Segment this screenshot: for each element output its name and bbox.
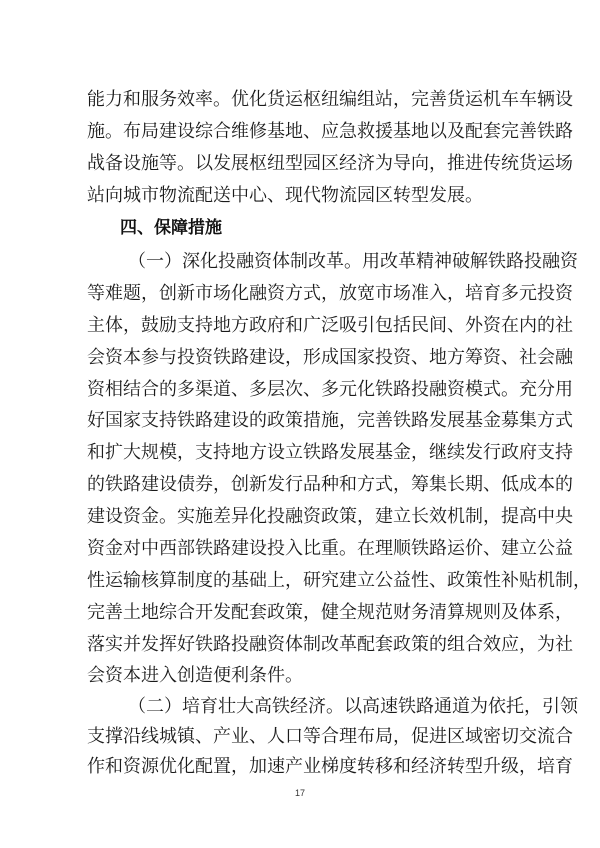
paragraph-line: 资金对中西部铁路建设投入比重。在理顺铁路运价、建立公益	[87, 537, 519, 561]
paragraph-line: 资相结合的多渠道、多层次、多元化铁路投融资模式。充分用	[87, 378, 519, 402]
paragraph-line: 施。布局建设综合维修基地、应急救援基地以及配套完善铁路	[87, 120, 519, 144]
paragraph-line: 完善土地综合开发配套政策，健全规范财务清算规则及体系，	[87, 601, 519, 625]
measure-2-first-line: （二）培育壮大高铁经济。以高速铁路通道为依托，引领	[128, 695, 519, 719]
page-number: 17	[0, 788, 600, 798]
measure-1-first-line-text: 用改革精神破解铁路投融资	[362, 251, 578, 272]
measure-2-subheading: （二）培育壮大高铁经济。	[128, 696, 344, 717]
paragraph-line: 能力和服务效率。优化货运枢纽编组站，完善货运机车车辆设	[87, 88, 519, 112]
paragraph-line: 和扩大规模，支持地方设立铁路发展基金，继续发行政府支持	[87, 441, 519, 465]
measure-2-first-line-text: 以高速铁路通道为依托，引领	[344, 696, 578, 717]
paragraph-line: 建设资金。实施差异化投融资政策，建立长效机制，提高中央	[87, 505, 519, 529]
paragraph-line: 性运输核算制度的基础上，研究建立公益性、政策性补贴机制，	[87, 569, 519, 593]
paragraph-line: 主体，鼓励支持地方政府和广泛吸引包括民间、外资在内的社	[87, 314, 519, 338]
paragraph-line: 落实并发挥好铁路投融资体制改革配套政策的组合效应，为社	[87, 633, 519, 657]
paragraph-line: 会资本进入创造便利条件。	[87, 664, 519, 688]
document-page: 能力和服务效率。优化货运枢纽编组站，完善货运机车车辆设 施。布局建设综合维修基地…	[0, 0, 600, 848]
paragraph-line: 会资本参与投资铁路建设，形成国家投资、地方筹资、社会融	[87, 346, 519, 370]
measure-1-first-line: （一）深化投融资体制改革。用改革精神破解铁路投融资	[128, 250, 519, 274]
paragraph-line: 好国家支持铁路建设的政策措施，完善铁路发展基金募集方式	[87, 409, 519, 433]
paragraph-line: 的铁路建设债券，创新发行品种和方式，筹集长期、低成本的	[87, 473, 519, 497]
paragraph-line: 支撑沿线城镇、产业、人口等合理布局，促进区域密切交流合	[87, 725, 519, 749]
paragraph-line: 站向城市物流配送中心、现代物流园区转型发展。	[87, 184, 519, 208]
measure-1-subheading: （一）深化投融资体制改革。	[128, 251, 362, 272]
paragraph-line: 战备设施等。以发展枢纽型园区经济为导向，推进传统货运场	[87, 152, 519, 176]
section-heading: 四、保障措施	[120, 216, 222, 240]
paragraph-line: 等难题，创新市场化融资方式，放宽市场准入，培育多元投资	[87, 282, 519, 306]
paragraph-line: 作和资源优化配置，加速产业梯度转移和经济转型升级，培育	[87, 755, 519, 779]
